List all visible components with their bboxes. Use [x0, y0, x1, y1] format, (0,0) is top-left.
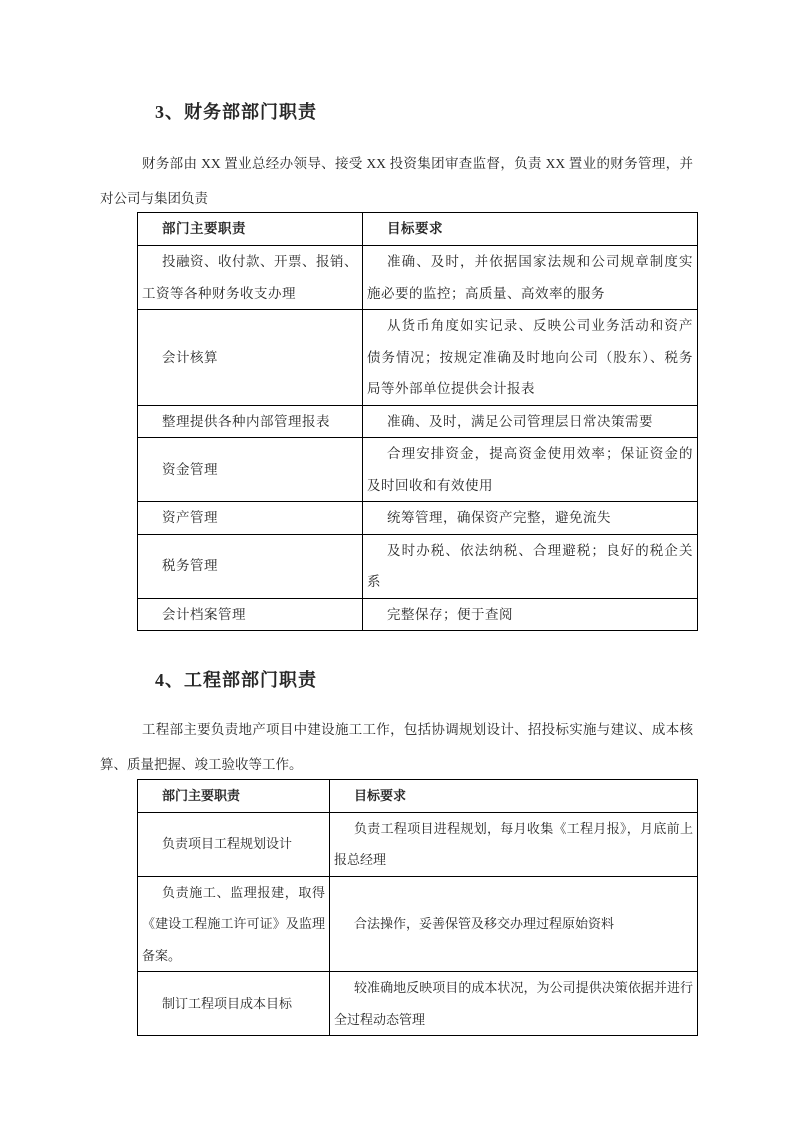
- target-cell: 统筹管理，确保资产完整，避免流失: [363, 502, 698, 535]
- target-cell: 及时办税、依法纳税、合理避税；良好的税企关系: [363, 534, 698, 598]
- target-cell: 负责工程项目进程规划，每月收集《工程月报》，月底前上报总经理: [330, 812, 698, 876]
- column-header-duty: 部门主要职责: [138, 780, 330, 813]
- section-intro-engineering: 工程部主要负责地产项目中建设施工工作，包括协调规划设计、招投标实施与建议、成本核…: [100, 712, 693, 782]
- target-cell: 准确、及时，并依据国家法规和公司规章制度实施必要的监控；高质量、高效率的服务: [363, 246, 698, 310]
- duty-cell: 整理提供各种内部管理报表: [138, 405, 363, 438]
- target-cell: 从货币角度如实记录、反映公司业务活动和资产债务情况；按规定准确及时地向公司（股东…: [363, 310, 698, 406]
- section-intro-finance: 财务部由 XX 置业总经办领导、接受 XX 投资集团审查监督，负责 XX 置业的…: [100, 146, 693, 216]
- table-row: 投融资、收付款、开票、报销、工资等各种财务收支办理 准确、及时，并依据国家法规和…: [138, 246, 698, 310]
- table-header-row: 部门主要职责 目标要求: [138, 213, 698, 246]
- duty-cell: 会计档案管理: [138, 598, 363, 631]
- document-page: 3、财务部部门职责 财务部由 XX 置业总经办领导、接受 XX 投资集团审查监督…: [0, 0, 793, 1122]
- duty-cell: 负责项目工程规划设计: [138, 812, 330, 876]
- table-row: 会计核算 从货币角度如实记录、反映公司业务活动和资产债务情况；按规定准确及时地向…: [138, 310, 698, 406]
- table-row: 负责项目工程规划设计 负责工程项目进程规划，每月收集《工程月报》，月底前上报总经…: [138, 812, 698, 876]
- engineering-duties-table: 部门主要职责 目标要求 负责项目工程规划设计 负责工程项目进程规划，每月收集《工…: [137, 779, 698, 1036]
- duty-cell: 资金管理: [138, 438, 363, 502]
- target-cell: 完整保存；便于查阅: [363, 598, 698, 631]
- section-heading-engineering: 4、工程部部门职责: [155, 668, 317, 692]
- table-row: 资产管理 统筹管理，确保资产完整，避免流失: [138, 502, 698, 535]
- column-header-target: 目标要求: [330, 780, 698, 813]
- column-header-duty: 部门主要职责: [138, 213, 363, 246]
- duty-cell: 会计核算: [138, 310, 363, 406]
- table-row: 整理提供各种内部管理报表 准确、及时，满足公司管理层日常决策需要: [138, 405, 698, 438]
- table-row: 负责施工、监理报建，取得《建设工程施工许可证》及监理备案。 合法操作，妥善保管及…: [138, 876, 698, 972]
- column-header-target: 目标要求: [363, 213, 698, 246]
- target-cell: 合理安排资金，提高资金使用效率；保证资金的及时回收和有效使用: [363, 438, 698, 502]
- duty-cell: 税务管理: [138, 534, 363, 598]
- section-heading-finance: 3、财务部部门职责: [155, 100, 317, 124]
- table-header-row: 部门主要职责 目标要求: [138, 780, 698, 813]
- duty-cell: 负责施工、监理报建，取得《建设工程施工许可证》及监理备案。: [138, 876, 330, 972]
- duty-cell: 投融资、收付款、开票、报销、工资等各种财务收支办理: [138, 246, 363, 310]
- target-cell: 合法操作，妥善保管及移交办理过程原始资料: [330, 876, 698, 972]
- finance-duties-table: 部门主要职责 目标要求 投融资、收付款、开票、报销、工资等各种财务收支办理 准确…: [137, 212, 698, 631]
- table-row: 税务管理 及时办税、依法纳税、合理避税；良好的税企关系: [138, 534, 698, 598]
- target-cell: 准确、及时，满足公司管理层日常决策需要: [363, 405, 698, 438]
- duty-cell: 资产管理: [138, 502, 363, 535]
- target-cell: 较准确地反映项目的成本状况，为公司提供决策依据并进行全过程动态管理: [330, 972, 698, 1036]
- duty-cell: 制订工程项目成本目标: [138, 972, 330, 1036]
- table-row: 资金管理 合理安排资金，提高资金使用效率；保证资金的及时回收和有效使用: [138, 438, 698, 502]
- table-row: 制订工程项目成本目标 较准确地反映项目的成本状况，为公司提供决策依据并进行全过程…: [138, 972, 698, 1036]
- table-row: 会计档案管理 完整保存；便于查阅: [138, 598, 698, 631]
